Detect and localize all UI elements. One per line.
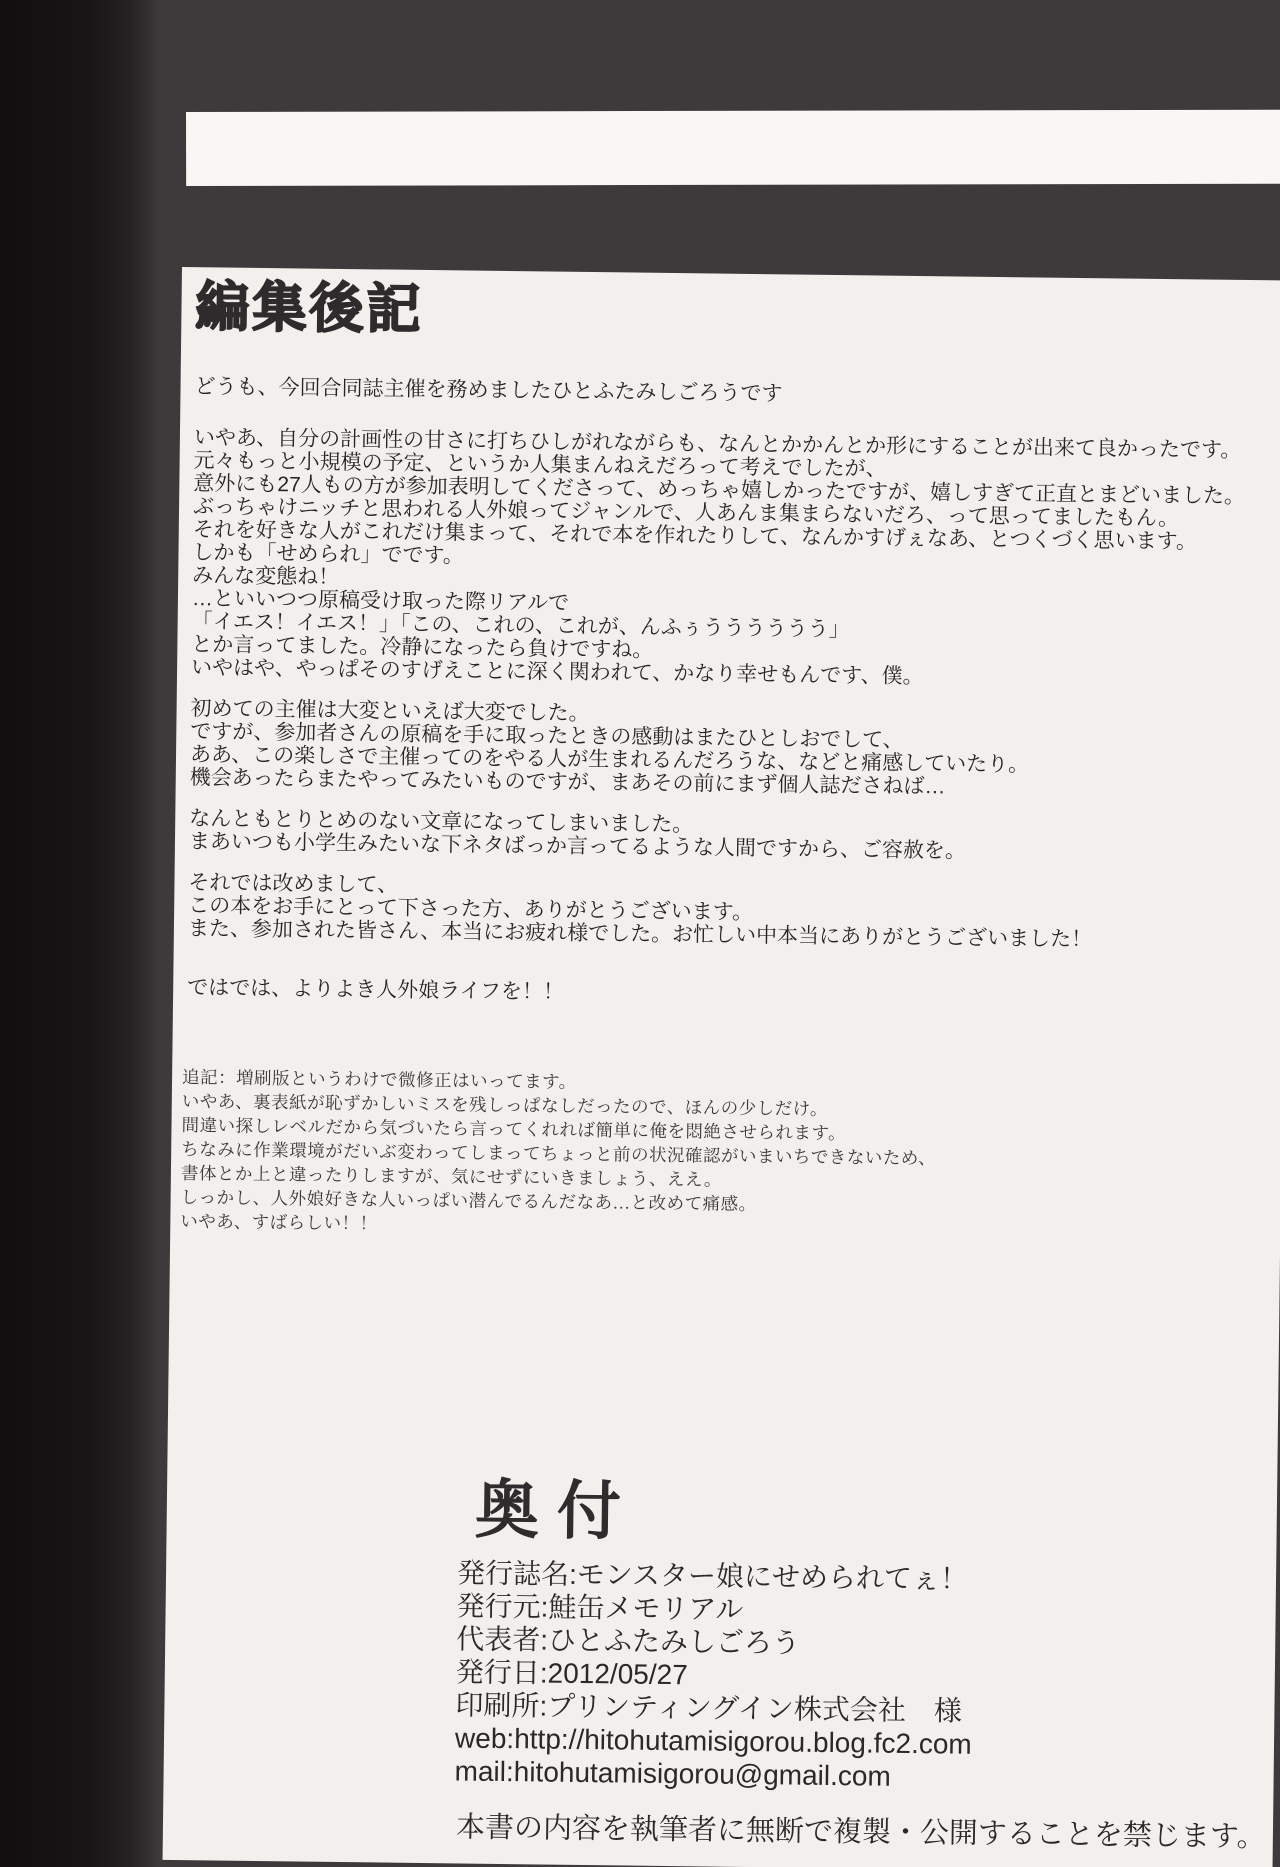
paragraph: どうも、今回合同誌主催を務めましたひとふたみしごろうです	[194, 375, 1274, 411]
book-gutter-shadow	[0, 0, 160, 1867]
colophon-title: 奥付	[474, 1471, 639, 1553]
colophon-block: 発行誌名:モンスター娘にせめられてぇ！発行元:鮭缶メモリアル代表者:ひとふたみし…	[454, 1556, 1217, 1796]
afterword-body: どうも、今回合同誌主催を務めましたひとふたみしごろうですいやあ、自分の計画性の甘…	[187, 375, 1275, 1012]
copyright-notice: 本書の内容を執筆者に無断で複製・公開することを禁じます。	[456, 1810, 1280, 1855]
afterword-title: 編集後記	[195, 277, 424, 340]
paragraph: それでは改めまして、この本をお手にとって下さった方、ありがとうございます。また、…	[188, 871, 1269, 953]
text-line: ではでは、よりよき人外娘ライフを！！	[187, 976, 1267, 1012]
paragraph: 初めての主催は大変といえば大変でした。ですが、参加者さんの原稿を手に取ったときの…	[190, 697, 1271, 802]
scanned-page-background: 編集後記 どうも、今回合同誌主催を務めましたひとふたみしごろうですいやあ、自分の…	[0, 0, 1280, 1867]
paragraph: ではでは、よりよき人外娘ライフを！！	[187, 976, 1267, 1012]
afterword-page: 編集後記 どうも、今回合同誌主催を務めましたひとふたみしごろうですいやあ、自分の…	[163, 267, 1280, 1867]
paragraph: いやあ、自分の計画性の甘さに打ちひしがれながらも、なんとかかんとか形にすることが…	[191, 426, 1274, 692]
top-white-strip	[186, 110, 1280, 186]
postscript-block: 追記：増刷版というわけで微修正はいってます。いやあ、裏表紙が恥ずかしいミスを残し…	[180, 1065, 1182, 1245]
paragraph: なんともとりとめのない文章になってしまいました。まあいつも小学生みたいな下ネタば…	[189, 807, 1269, 866]
text-line: どうも、今回合同誌主催を務めましたひとふたみしごろうです	[194, 375, 1274, 411]
